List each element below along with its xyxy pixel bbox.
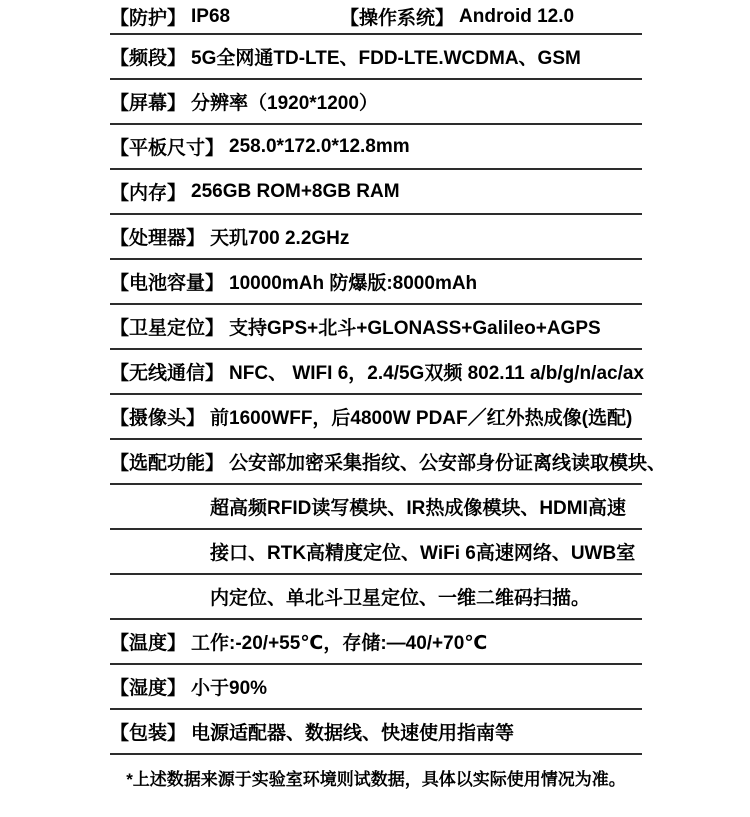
spec-row-camera: 【摄像头】 前1600WFF，后4800W PDAF／红外热成像(选配) — [110, 395, 642, 440]
spec-row-memory: 【内存】 256GB ROM+8GB RAM — [110, 170, 642, 215]
spec-label-optional: 【选配功能】 — [110, 448, 224, 475]
spec-row-cpu: 【处理器】 天玑700 2.2GHz — [110, 215, 642, 260]
footnote: *上述数据来源于实验室环境则试数据，具体以实际使用情况为准。 — [110, 768, 642, 792]
spec-value-band: 5G全网通TD-LTE、FDD-LTE.WCDMA、GSM — [191, 43, 581, 70]
spec-row-band: 【频段】 5G全网通TD-LTE、FDD-LTE.WCDMA、GSM — [110, 35, 642, 80]
spec-label-os: 【操作系统】 — [340, 3, 454, 30]
spec-value-screen: 分辨率（1920*1200） — [191, 88, 378, 115]
spec-row-optional-cont-3: 内定位、单北斗卫星定位、一维二维码扫描。 — [110, 575, 642, 620]
spec-label-screen: 【屏幕】 — [110, 88, 186, 115]
spec-row-battery: 【电池容量】 10000mAh 防爆版:8000mAh — [110, 260, 642, 305]
spec-value-temperature: 工作:-20/+55℃，存储:—40/+70℃ — [191, 628, 487, 655]
spec-value-protection: IP68 — [191, 6, 230, 28]
spec-label-satellite: 【卫星定位】 — [110, 313, 224, 340]
spec-value-memory: 256GB ROM+8GB RAM — [191, 181, 400, 203]
spec-value-optional-cont-3: 内定位、单北斗卫星定位、一维二维码扫描。 — [210, 583, 590, 610]
spec-row-optional-cont-2: 接口、RTK高精度定位、WiFi 6高速网络、UWB室 — [110, 530, 642, 575]
spec-row-wireless: 【无线通信】 NFC、 WIFI 6，2.4/5G双频 802.11 a/b/g… — [110, 350, 642, 395]
spec-row-protection-os: 【防护】 IP68 【操作系统】 Android 12.0 — [110, 0, 642, 35]
spec-value-os: Android 12.0 — [459, 6, 574, 28]
spec-row-optional-cont-1: 超高频RFID读写模块、IR热成像模块、HDMI高速 — [110, 485, 642, 530]
spec-row-screen: 【屏幕】 分辨率（1920*1200） — [110, 80, 642, 125]
spec-label-package: 【包装】 — [110, 718, 186, 745]
spec-label-protection: 【防护】 — [110, 3, 186, 30]
spec-value-satellite: 支持GPS+北斗+GLONASS+Galileo+AGPS — [229, 313, 601, 340]
spec-label-battery: 【电池容量】 — [110, 268, 224, 295]
spec-pair-os: 【操作系统】 Android 12.0 — [340, 3, 574, 30]
spec-value-camera: 前1600WFF，后4800W PDAF／红外热成像(选配) — [210, 403, 632, 430]
spec-value-optional-cont-1: 超高频RFID读写模块、IR热成像模块、HDMI高速 — [210, 493, 626, 520]
spec-value-size: 258.0*172.0*12.8mm — [229, 136, 410, 158]
spec-row-package: 【包装】 电源适配器、数据线、快速使用指南等 — [110, 710, 642, 755]
spec-value-optional: 公安部加密采集指纹、公安部身份证离线读取模块、 — [229, 448, 666, 475]
spec-label-cpu: 【处理器】 — [110, 223, 205, 250]
spec-label-temperature: 【温度】 — [110, 628, 186, 655]
spec-value-package: 电源适配器、数据线、快速使用指南等 — [191, 718, 514, 745]
spec-label-wireless: 【无线通信】 — [110, 358, 224, 385]
spec-value-wireless: NFC、 WIFI 6，2.4/5G双频 802.11 a/b/g/n/ac/a… — [229, 358, 644, 385]
spec-value-cpu: 天玑700 2.2GHz — [210, 223, 349, 250]
spec-table: 【防护】 IP68 【操作系统】 Android 12.0 【频段】 5G全网通… — [110, 0, 642, 755]
spec-value-optional-cont-2: 接口、RTK高精度定位、WiFi 6高速网络、UWB室 — [210, 538, 635, 565]
spec-value-humidity: 小于90% — [191, 673, 267, 700]
spec-row-size: 【平板尺寸】 258.0*172.0*12.8mm — [110, 125, 642, 170]
spec-label-camera: 【摄像头】 — [110, 403, 205, 430]
spec-row-optional: 【选配功能】 公安部加密采集指纹、公安部身份证离线读取模块、 — [110, 440, 642, 485]
spec-row-temperature: 【温度】 工作:-20/+55℃，存储:—40/+70℃ — [110, 620, 642, 665]
spec-label-humidity: 【湿度】 — [110, 673, 186, 700]
spec-row-satellite: 【卫星定位】 支持GPS+北斗+GLONASS+Galileo+AGPS — [110, 305, 642, 350]
spec-value-battery: 10000mAh 防爆版:8000mAh — [229, 268, 477, 295]
spec-label-size: 【平板尺寸】 — [110, 133, 224, 160]
spec-label-band: 【频段】 — [110, 43, 186, 70]
spec-row-humidity: 【湿度】 小于90% — [110, 665, 642, 710]
spec-pair-protection: 【防护】 IP68 — [110, 3, 340, 30]
spec-label-memory: 【内存】 — [110, 178, 186, 205]
